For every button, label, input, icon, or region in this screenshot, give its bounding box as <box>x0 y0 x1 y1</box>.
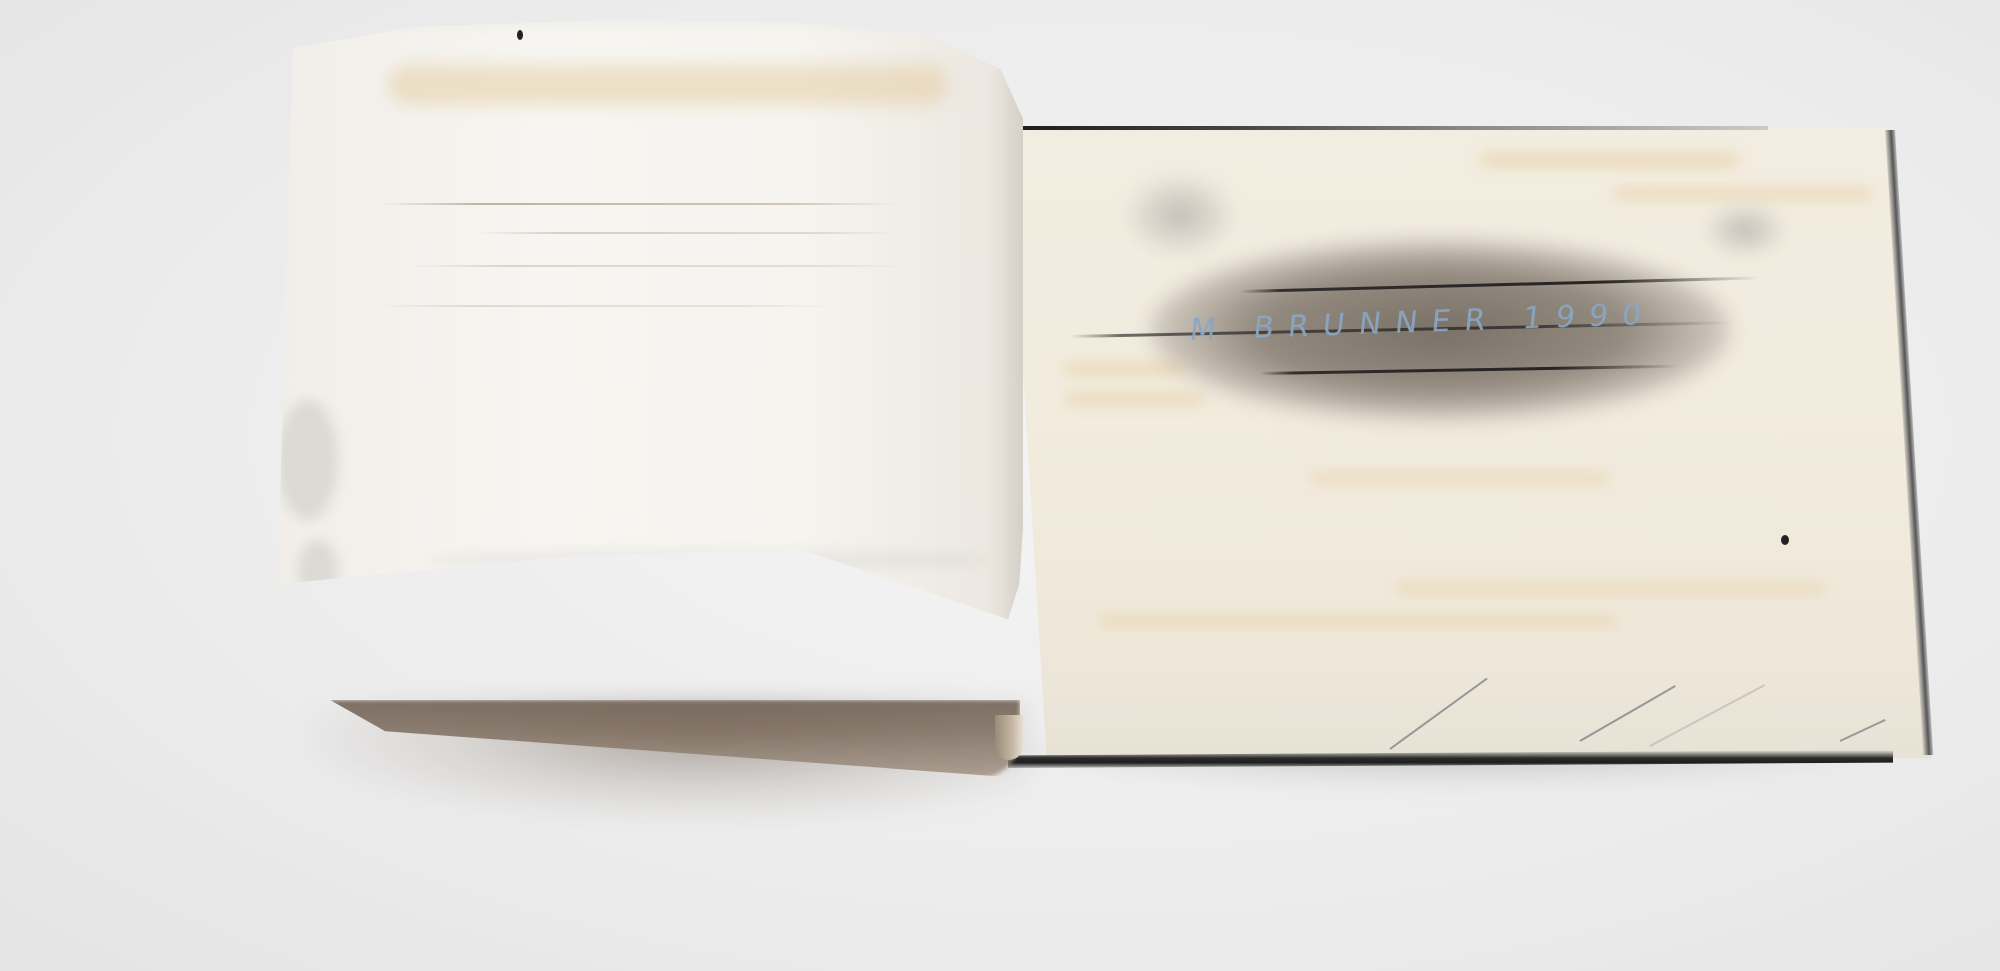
stain <box>388 65 948 105</box>
smudge <box>1120 170 1240 260</box>
left-page <box>278 20 1023 725</box>
stain <box>368 640 928 695</box>
stain <box>1064 393 1205 405</box>
ink-dot <box>1781 535 1789 545</box>
smudge <box>278 400 338 520</box>
smudge <box>1700 200 1790 260</box>
photograph: M BRUNNER 1990 <box>0 0 2000 971</box>
stain <box>1062 363 1183 375</box>
smudge <box>428 550 988 570</box>
pencil-line <box>378 305 838 307</box>
pencil-line <box>408 265 908 267</box>
stain <box>1396 583 1827 593</box>
pencil-line <box>378 203 898 205</box>
page-curl <box>995 715 1023 760</box>
ink-dot <box>517 30 523 40</box>
stain <box>1612 188 1873 200</box>
stain <box>1480 153 1741 167</box>
right-page-top-edge <box>1008 126 1768 130</box>
smudge <box>298 540 338 600</box>
stain <box>1098 616 1619 626</box>
stain <box>1309 473 1610 483</box>
pencil-line <box>478 232 898 234</box>
